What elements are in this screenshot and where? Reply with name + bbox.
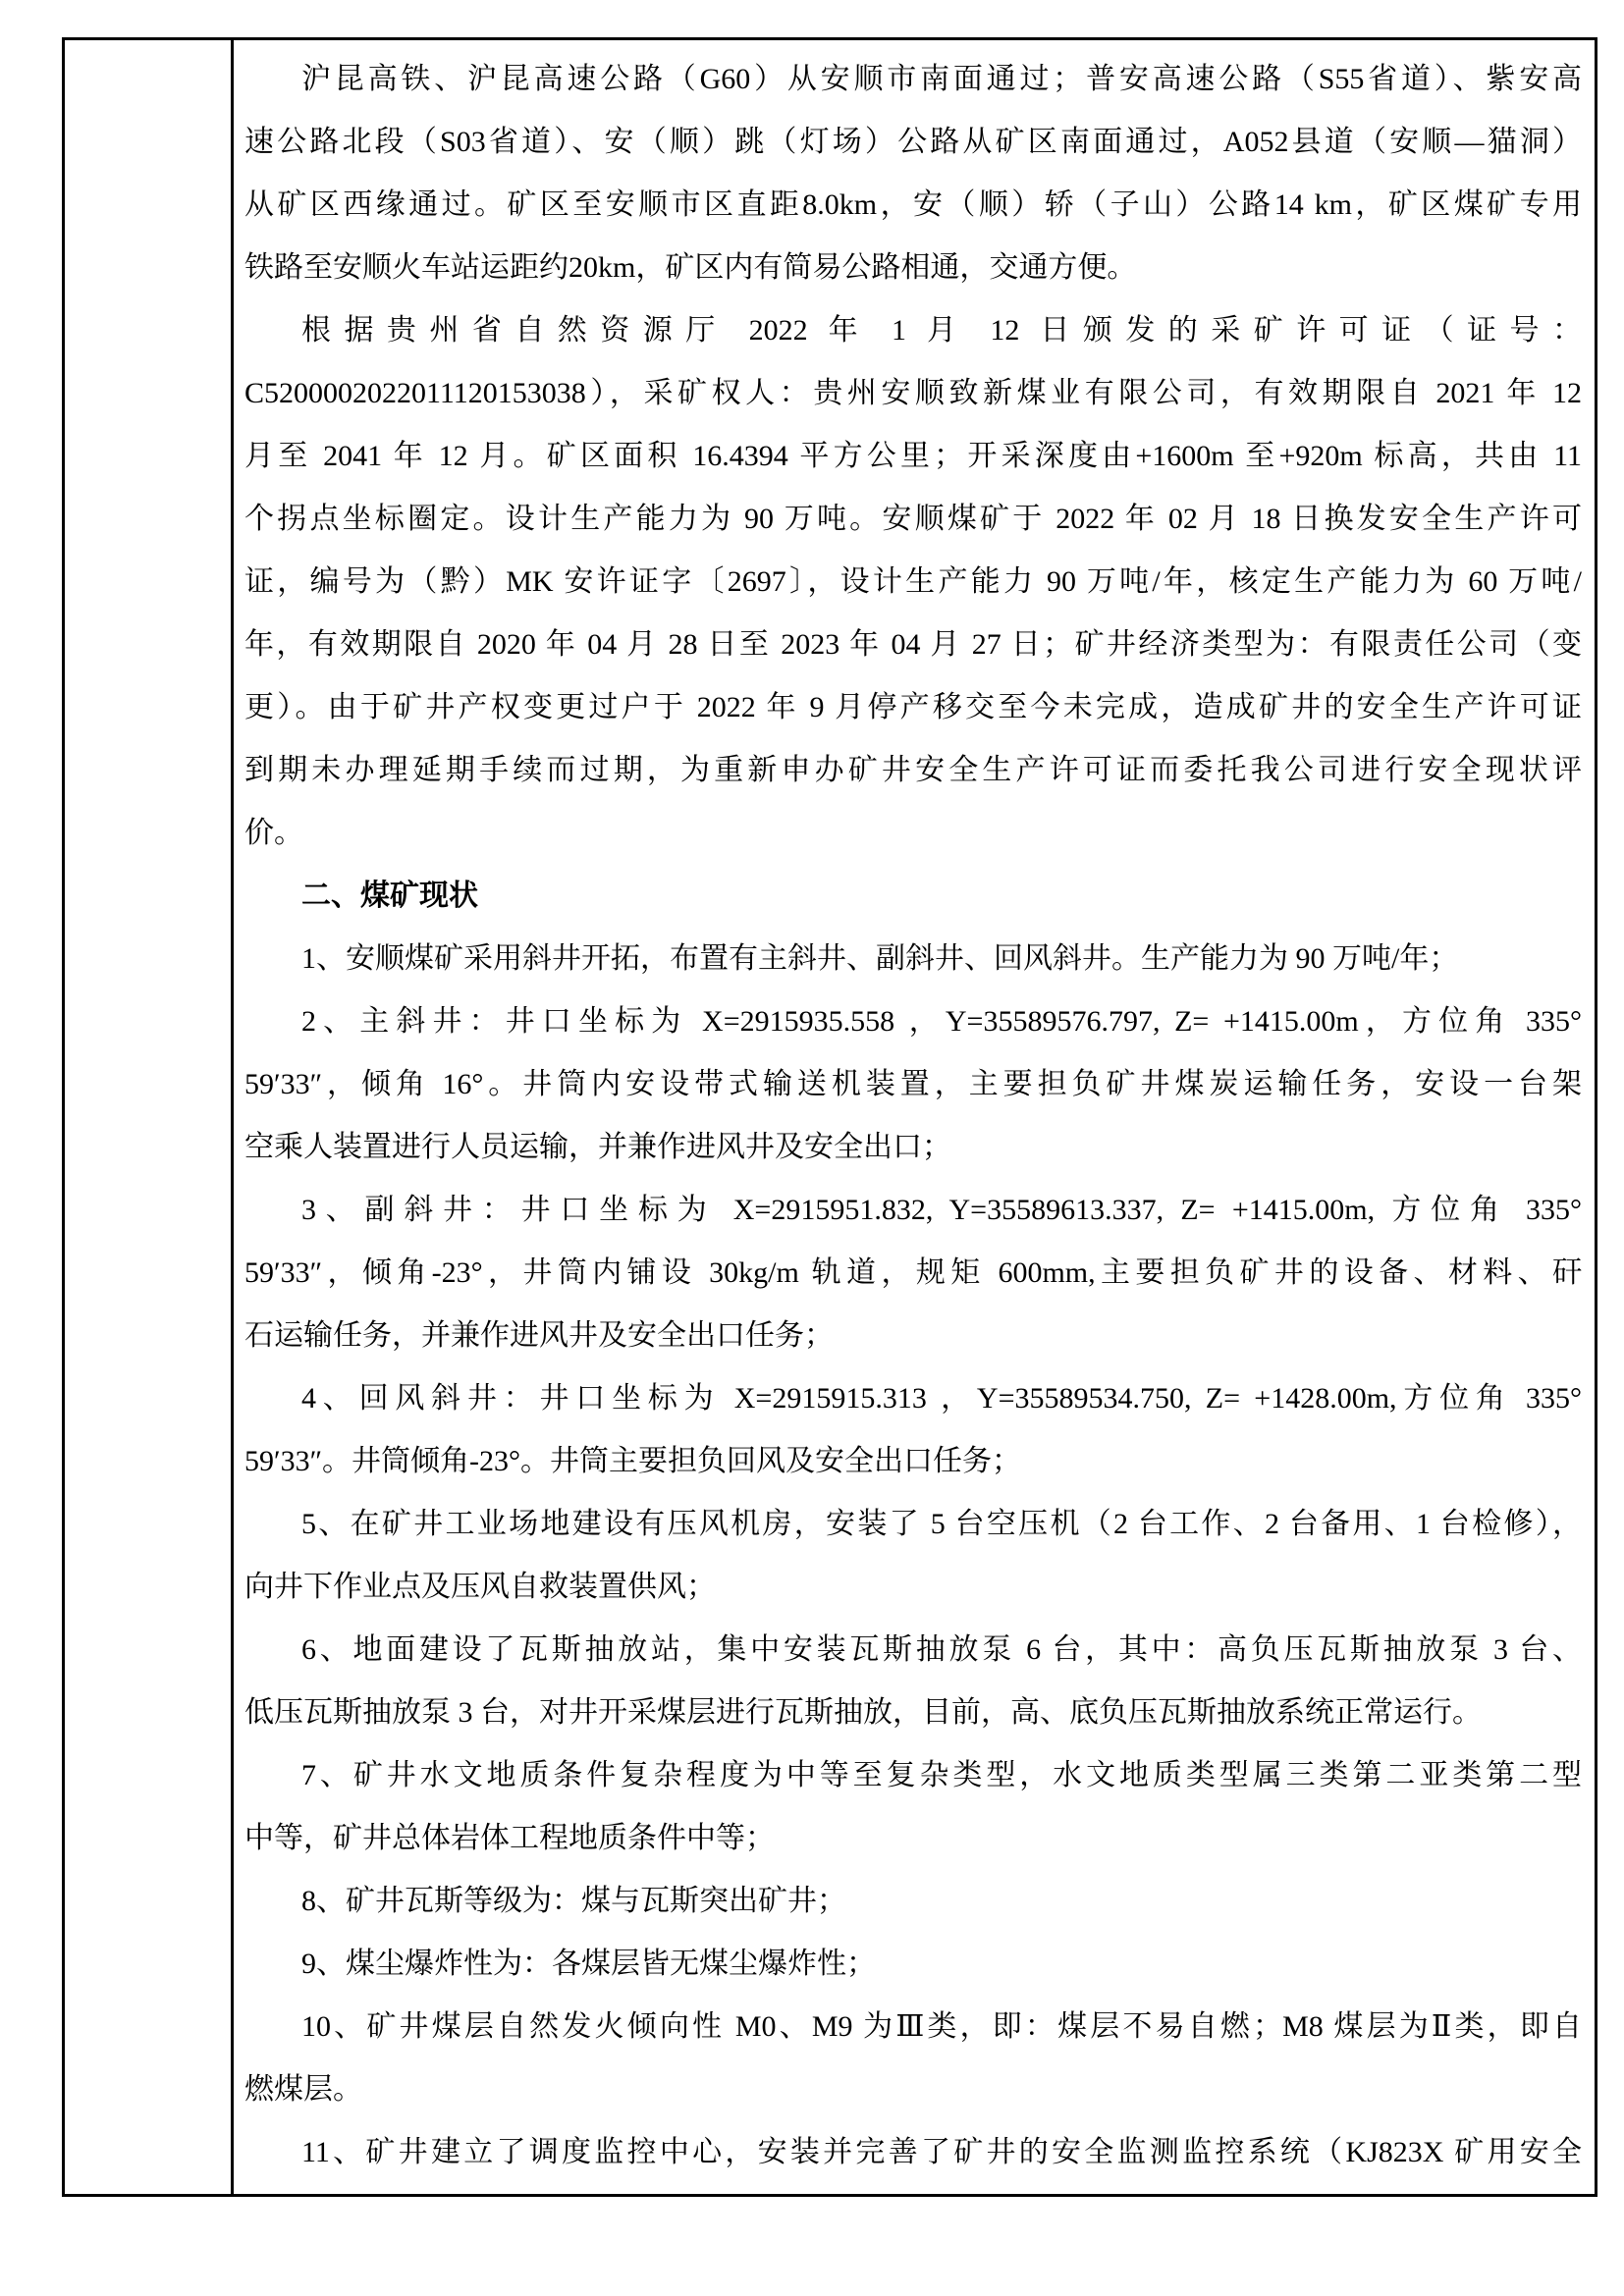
- text-line: 证，编号为（黔）MK 安许证字〔2697〕，设计生产能力 90 万吨/年，核定生…: [244, 551, 1582, 614]
- content-table: 沪昆高铁、沪昆高速公路（G60）从安顺市南面通过；普安高速公路（S55省道）、紫…: [62, 37, 1597, 2197]
- text-line: 9、煤尘爆炸性为：各煤层皆无煤尘爆炸性；: [244, 1933, 1582, 1996]
- text-line: 更）。由于矿井产权变更过户于 2022 年 9 月停产移交至今未完成，造成矿井的…: [244, 676, 1582, 739]
- text-line: 59′33″。井筒倾角-23°。井筒主要担负回风及安全出口任务；: [244, 1430, 1582, 1493]
- text-line: 3、副斜井：井口坐标为 X=2915951.832, Y=35589613.33…: [244, 1179, 1582, 1242]
- text-line: 沪昆高铁、沪昆高速公路（G60）从安顺市南面通过；普安高速公路（S55省道）、紫…: [244, 48, 1582, 111]
- text-line: 8、矿井瓦斯等级为：煤与瓦斯突出矿井；: [244, 1870, 1582, 1933]
- text-line: 中等，矿井总体岩体工程地质条件中等；: [244, 1807, 1582, 1870]
- text-line: 5、在矿井工业场地建设有压风机房，安装了 5 台空压机（2 台工作、2 台备用、…: [244, 1493, 1582, 1556]
- text-line: 个拐点坐标圈定。设计生产能力为 90 万吨。安顺煤矿于 2022 年 02 月 …: [244, 488, 1582, 551]
- text-line: 11、矿井建立了调度监控中心，安装并完善了矿井的安全监测监控系统（KJ823X …: [244, 2121, 1582, 2184]
- text-line: 10、矿井煤层自然发火倾向性 M0、M9 为Ⅲ类，即：煤层不易自燃；M8 煤层为…: [244, 1996, 1582, 2058]
- text-line: 向井下作业点及压风自救装置供风；: [244, 1556, 1582, 1619]
- text-line: 1、安顺煤矿采用斜井开拓，布置有主斜井、副斜井、回风斜井。生产能力为 90 万吨…: [244, 928, 1582, 990]
- text-line: 价。: [244, 802, 1582, 865]
- text-line: 7、矿井水文地质条件复杂程度为中等至复杂类型，水文地质类型属三类第二亚类第二型: [244, 1744, 1582, 1807]
- text-line: 根据贵州省自然资源厅 2022 年 1 月 12 日颁发的采矿许可证（证号：: [244, 299, 1582, 362]
- text-line: 2、主斜井：井口坐标为 X=2915935.558 ，Y=35589576.79…: [244, 990, 1582, 1053]
- text-line: 铁路至安顺火车站运距约20km，矿区内有简易公路相通，交通方便。: [244, 237, 1582, 299]
- text-line: C5200002022011120153038），采矿权人：贵州安顺致新煤业有限…: [244, 362, 1582, 425]
- row-label-cell: [65, 40, 234, 2194]
- text-line: 石运输任务，并兼作进风井及安全出口任务；: [244, 1305, 1582, 1367]
- document-page: { "page": { "background_color": "#ffffff…: [0, 0, 1624, 2296]
- text-line: 到期未办理延期手续而过期，为重新申办矿井安全生产许可证而委托我公司进行安全现状评: [244, 739, 1582, 802]
- text-line: 低压瓦斯抽放泵 3 台，对井开采煤层进行瓦斯抽放，目前，高、底负压瓦斯抽放系统正…: [244, 1682, 1582, 1744]
- text-line: 速公路北段（S03省道）、安（顺）跳（灯场）公路从矿区南面通过，A052县道（安…: [244, 111, 1582, 174]
- text-line: 月至 2041 年 12 月。矿区面积 16.4394 平方公里；开采深度由+1…: [244, 425, 1582, 488]
- text-line: 59′33″，倾角 16°。井筒内安设带式输送机装置，主要担负矿井煤炭运输任务，…: [244, 1053, 1582, 1116]
- text-line: 59′33″，倾角-23°，井筒内铺设 30kg/m 轨道，规矩 600mm,主…: [244, 1242, 1582, 1305]
- text-line: 空乘人装置进行人员运输，并兼作进风井及安全出口；: [244, 1116, 1582, 1179]
- section-heading: 二、煤矿现状: [244, 865, 1582, 928]
- text-line: 燃煤层。: [244, 2058, 1582, 2121]
- text-line: 从矿区西缘通过。矿区至安顺市区直距8.0km，安（顺）轿（子山）公路14 km，…: [244, 174, 1582, 237]
- document-cell: 沪昆高铁、沪昆高速公路（G60）从安顺市南面通过；普安高速公路（S55省道）、紫…: [234, 40, 1595, 2194]
- text-line: 4、回风斜井：井口坐标为 X=2915915.313 ，Y=35589534.7…: [244, 1367, 1582, 1430]
- text-line: 年，有效期限自 2020 年 04 月 28 日至 2023 年 04 月 27…: [244, 614, 1582, 676]
- text-line: 6、地面建设了瓦斯抽放站，集中安装瓦斯抽放泵 6 台，其中：高负压瓦斯抽放泵 3…: [244, 1619, 1582, 1682]
